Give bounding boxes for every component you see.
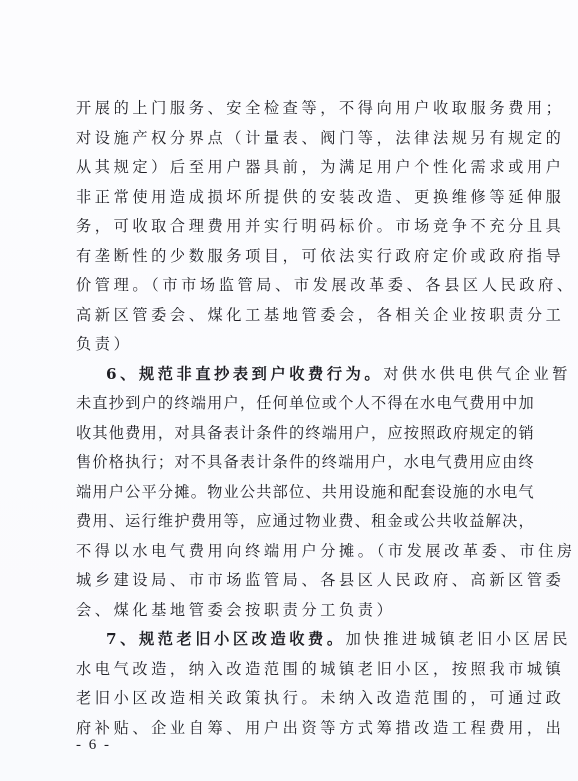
section-6-first-line: 6、规范非直抄表到户收费行为。对供水供电供气企业暂 [76,360,512,390]
text-line: 价管理。（市市场监管局、市发展改革委、各县区人民政府、 [76,271,512,301]
text-line: 费用、运行维护费用等，应通过物业费、租金或公共收益解决， [76,507,512,537]
text-line: 开展的上门服务、安全检查等，不得向用户收取服务费用； [76,94,512,124]
text-line: 负责） [76,330,512,360]
section-6-text: 对供水供电供气企业暂 [383,365,571,383]
text-line: 务，可收取合理费用并实行明码标价。市场竞争不充分且具 [76,212,512,242]
text-line: 端用户公平分摊。物业公共部位、共用设施和配套设施的水电气 [76,478,512,508]
text-line: 从其规定）后至用户器具前，为满足用户个性化需求或用户 [76,153,512,183]
text-line: 收其他费用，对具备表计条件的终端用户，应按照政府规定的销 [76,419,512,449]
text-line: 水电气改造，纳入改造范围的城镇老旧小区，按照我市城镇 [76,655,512,685]
section-7-text: 加快推进城镇老旧小区居民 [346,630,571,648]
text-line: 会、煤化基地管委会按职责分工负责） [76,596,512,626]
section-6-heading: 6、规范非直抄表到户收费行为。 [106,365,383,383]
text-line: 不得以水电气费用向终端用户分摊。（市发展改革委、市住房 [76,537,512,567]
text-line: 高新区管委会、煤化工基地管委会，各相关企业按职责分工 [76,301,512,331]
section-7-heading: 7、规范老旧小区改造收费。 [106,630,346,648]
text-line: 未直抄到户的终端用户，任何单位或个人不得在水电气费用中加 [76,389,512,419]
body-text: 开展的上门服务、安全检查等，不得向用户收取服务费用； 对设施产权分界点（计量表、… [76,94,512,743]
page-number: - 6 - [76,737,111,754]
text-line: 有垄断性的少数服务项目，可依法实行政府定价或政府指导 [76,242,512,272]
document-page: 开展的上门服务、安全检查等，不得向用户收取服务费用； 对设施产权分界点（计量表、… [0,0,578,781]
text-line: 非正常使用造成损坏所提供的安装改造、更换维修等延伸服 [76,183,512,213]
text-line: 售价格执行；对不具备表计条件的终端用户，水电气费用应由终 [76,448,512,478]
text-line: 老旧小区改造相关政策执行。未纳入改造范围的，可通过政 [76,684,512,714]
text-line: 城乡建设局、市市场监管局、各县区人民政府、高新区管委 [76,566,512,596]
section-7-first-line: 7、规范老旧小区改造收费。加快推进城镇老旧小区居民 [76,625,512,655]
text-line: 对设施产权分界点（计量表、阀门等，法律法规另有规定的 [76,124,512,154]
text-line: 府补贴、企业自筹、用户出资等方式筹措改造工程费用，出 [76,714,512,744]
